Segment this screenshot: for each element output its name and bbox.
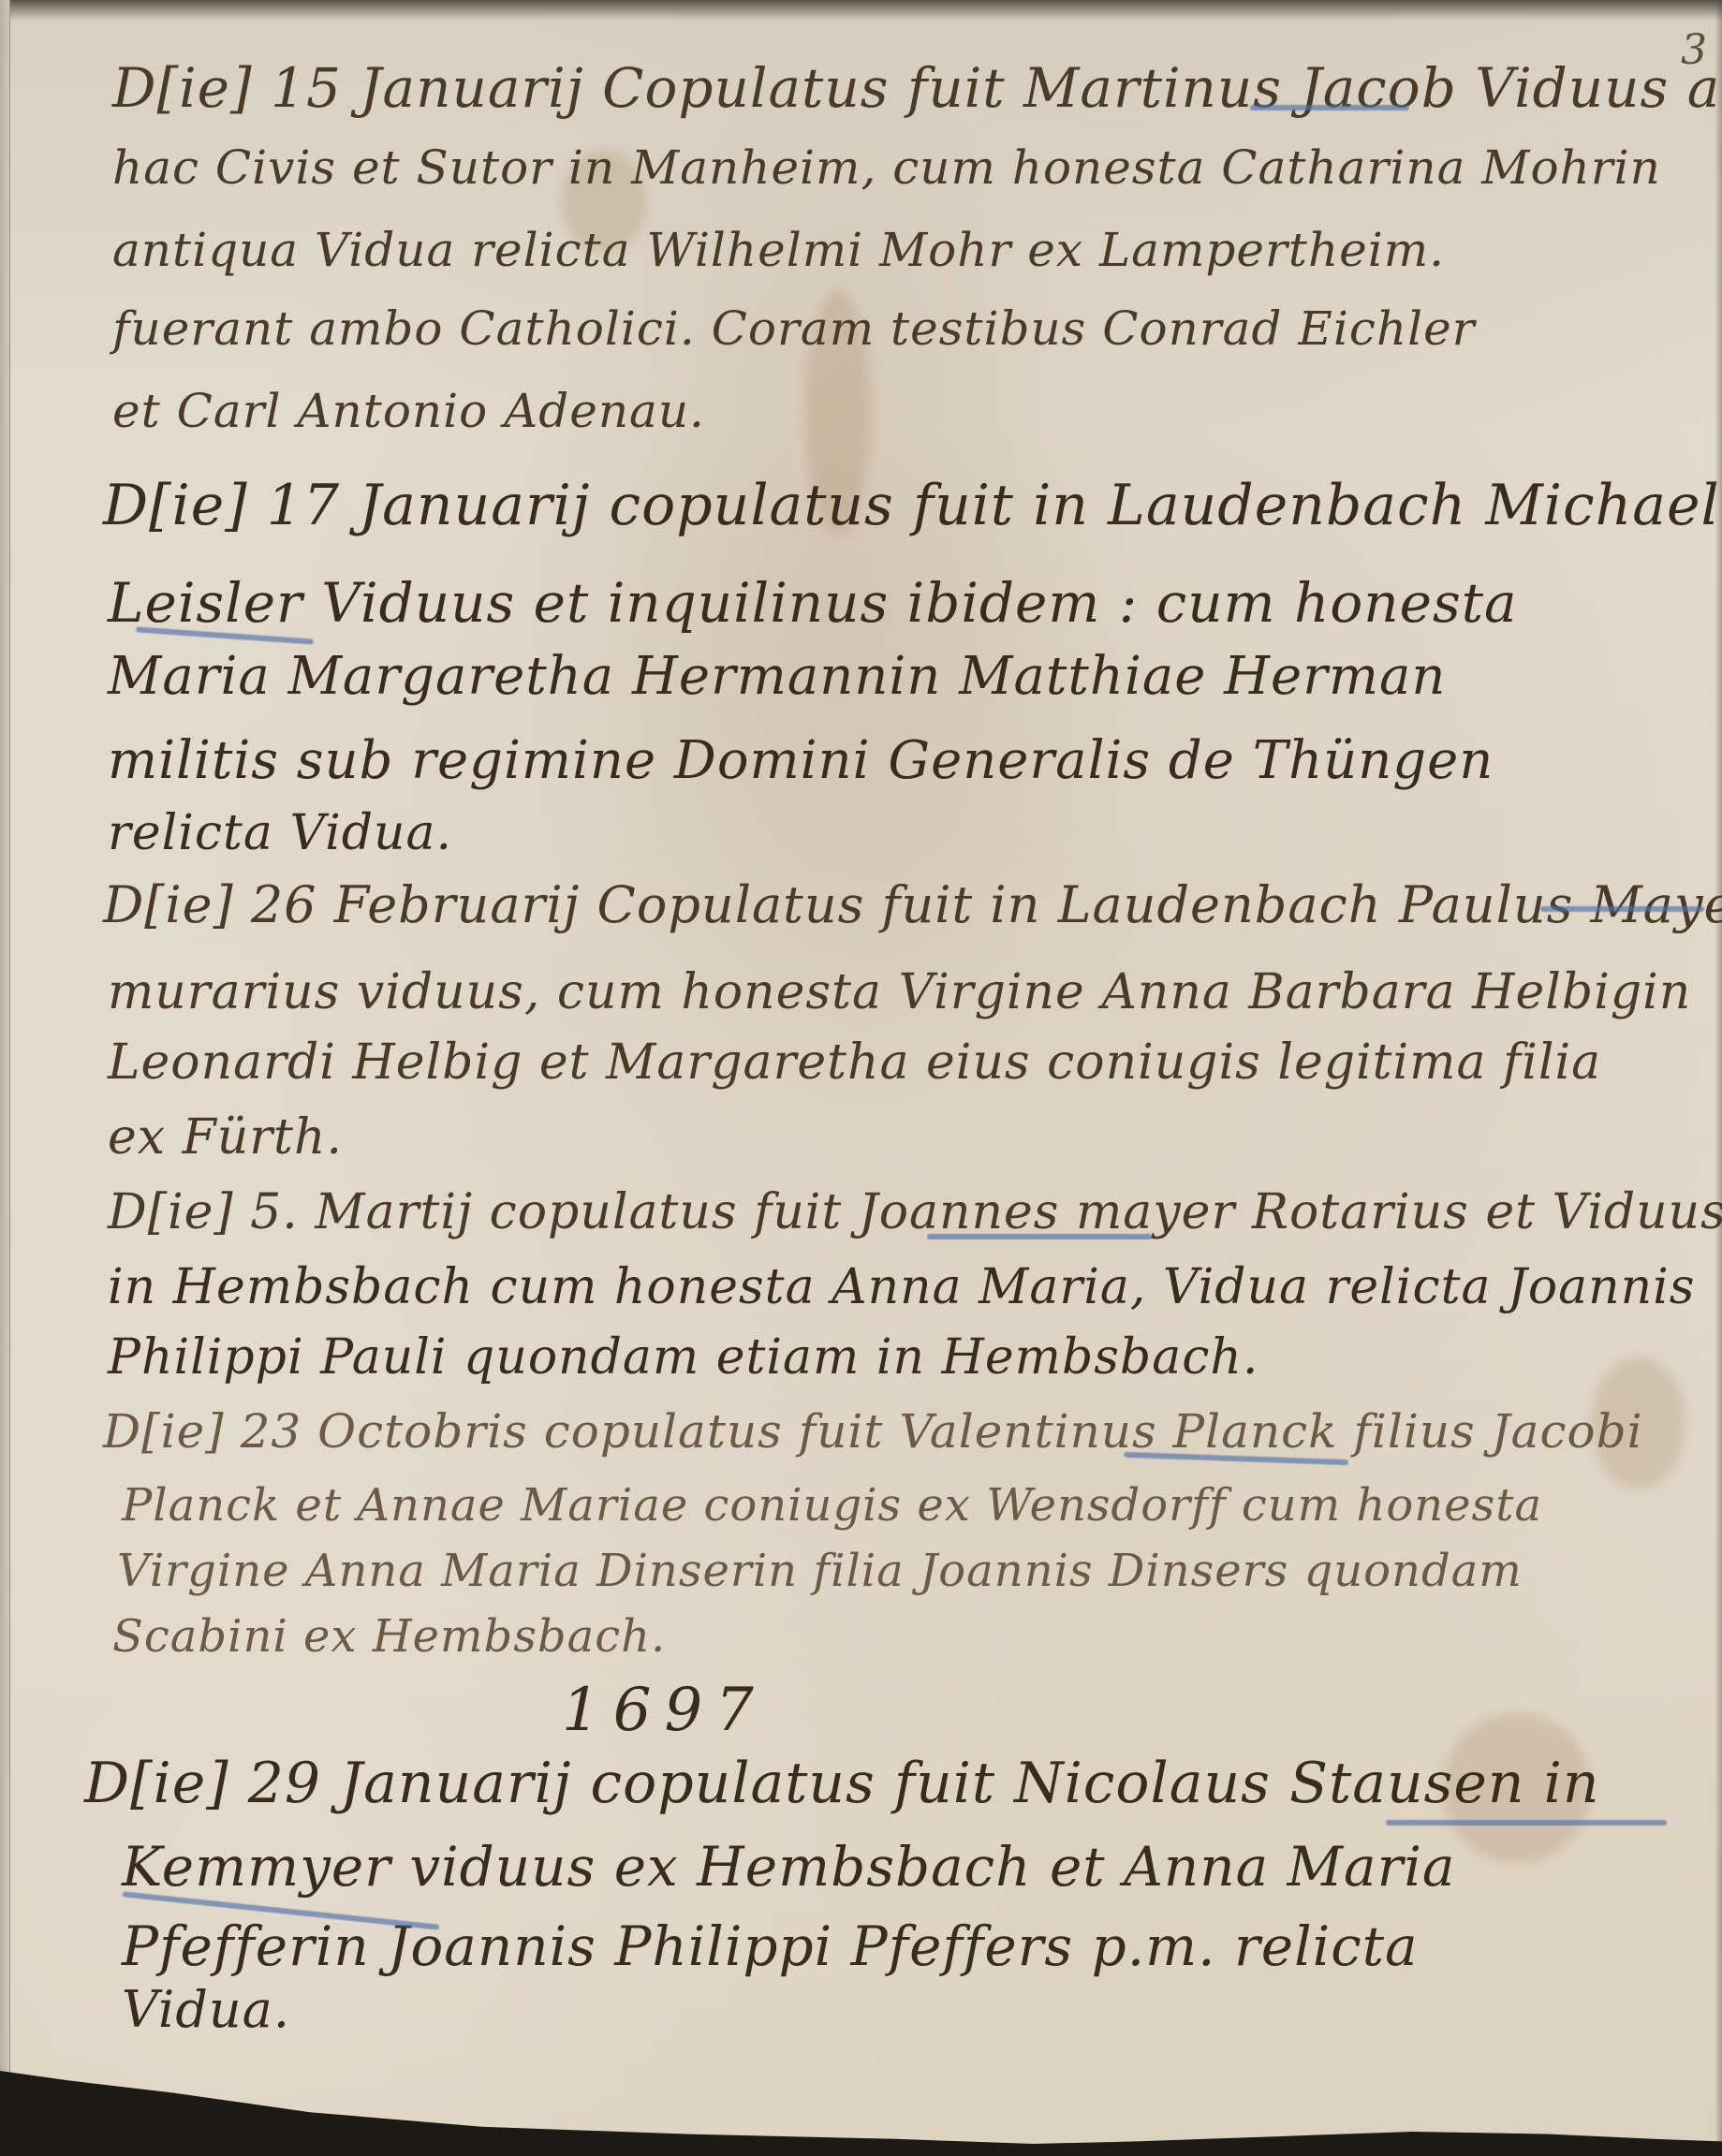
entry-1-line-4: fuerant ambo Catholici. Coram testibus C… bbox=[112, 301, 1476, 356]
entry-6-line-3: Pfefferin Joannis Philippi Pfeffers p.m.… bbox=[122, 1914, 1419, 1978]
entry-5-line-3: Virgine Anna Maria Dinserin filia Joanni… bbox=[117, 1545, 1523, 1597]
page-gutter-edge bbox=[0, 0, 10, 2156]
entry-2-line-3: Maria Margaretha Hermannin Matthiae Herm… bbox=[108, 646, 1446, 707]
entry-3-line-3: Leonardi Helbig et Margaretha eius coniu… bbox=[108, 1034, 1601, 1091]
year-heading: 1697 bbox=[562, 1676, 767, 1745]
manuscript-page: 3 D[ie] 15 Januarij Copulatus fuit Marti… bbox=[0, 0, 1722, 2156]
page-bottom-torn-edge bbox=[0, 2034, 1722, 2156]
entry-2-line-5: relicta Vidua. bbox=[108, 805, 452, 861]
entry-1-line-3: antiqua Vidua relicta Wilhelmi Mohr ex L… bbox=[112, 223, 1445, 277]
blue-pencil-mark-mayer-2 bbox=[927, 1234, 1152, 1239]
entry-2-line-1: D[ie] 17 Januarij copulatus fuit in Laud… bbox=[103, 473, 1720, 538]
entry-2-line-2: Leisler Viduus et inquilinus ibidem : cu… bbox=[108, 571, 1518, 635]
entry-1-line-1: D[ie] 15 Januarij Copulatus fuit Martinu… bbox=[112, 56, 1722, 120]
entry-2-line-4: militis sub regimine Domini Generalis de… bbox=[108, 730, 1494, 791]
blue-pencil-mark-stausen bbox=[1386, 1820, 1667, 1826]
entry-5-line-4: Scabini ex Hembsbach. bbox=[112, 1610, 666, 1663]
binding-shadow-top bbox=[0, 0, 1722, 21]
entry-1-line-5: et Carl Antonio Adenau. bbox=[112, 384, 705, 438]
entry-3-line-4: ex Fürth. bbox=[108, 1109, 343, 1166]
entry-5-line-1: D[ie] 23 Octobris copulatus fuit Valenti… bbox=[103, 1404, 1643, 1459]
entry-4-line-2: in Hembsbach cum honesta Anna Maria, Vid… bbox=[108, 1259, 1695, 1315]
entry-1-line-2: hac Civis et Sutor in Manheim, cum hones… bbox=[112, 140, 1661, 195]
entry-3-line-2: murarius viduus, cum honesta Virgine Ann… bbox=[108, 964, 1691, 1020]
blue-pencil-mark-jacob bbox=[1250, 105, 1409, 110]
entry-5-line-2: Planck et Annae Mariae coniugis ex Wensd… bbox=[122, 1479, 1542, 1532]
entry-4-line-3: Philippi Pauli quondam etiam in Hembsbac… bbox=[108, 1329, 1258, 1386]
blue-pencil-mark-mayer bbox=[1540, 906, 1704, 912]
entry-4-line-1: D[ie] 5. Martij copulatus fuit Joannes m… bbox=[108, 1184, 1722, 1240]
entry-3-line-1: D[ie] 26 Februarij Copulatus fuit in Lau… bbox=[103, 875, 1722, 934]
entry-6-line-4: Vidua. bbox=[122, 1980, 290, 2039]
entry-6-line-2: Kemmyer viduus ex Hembsbach et Anna Mari… bbox=[122, 1835, 1455, 1899]
entry-6-line-1: D[ie] 29 Januarij copulatus fuit Nicolau… bbox=[84, 1751, 1599, 1816]
page-right-edge bbox=[1715, 0, 1722, 2156]
